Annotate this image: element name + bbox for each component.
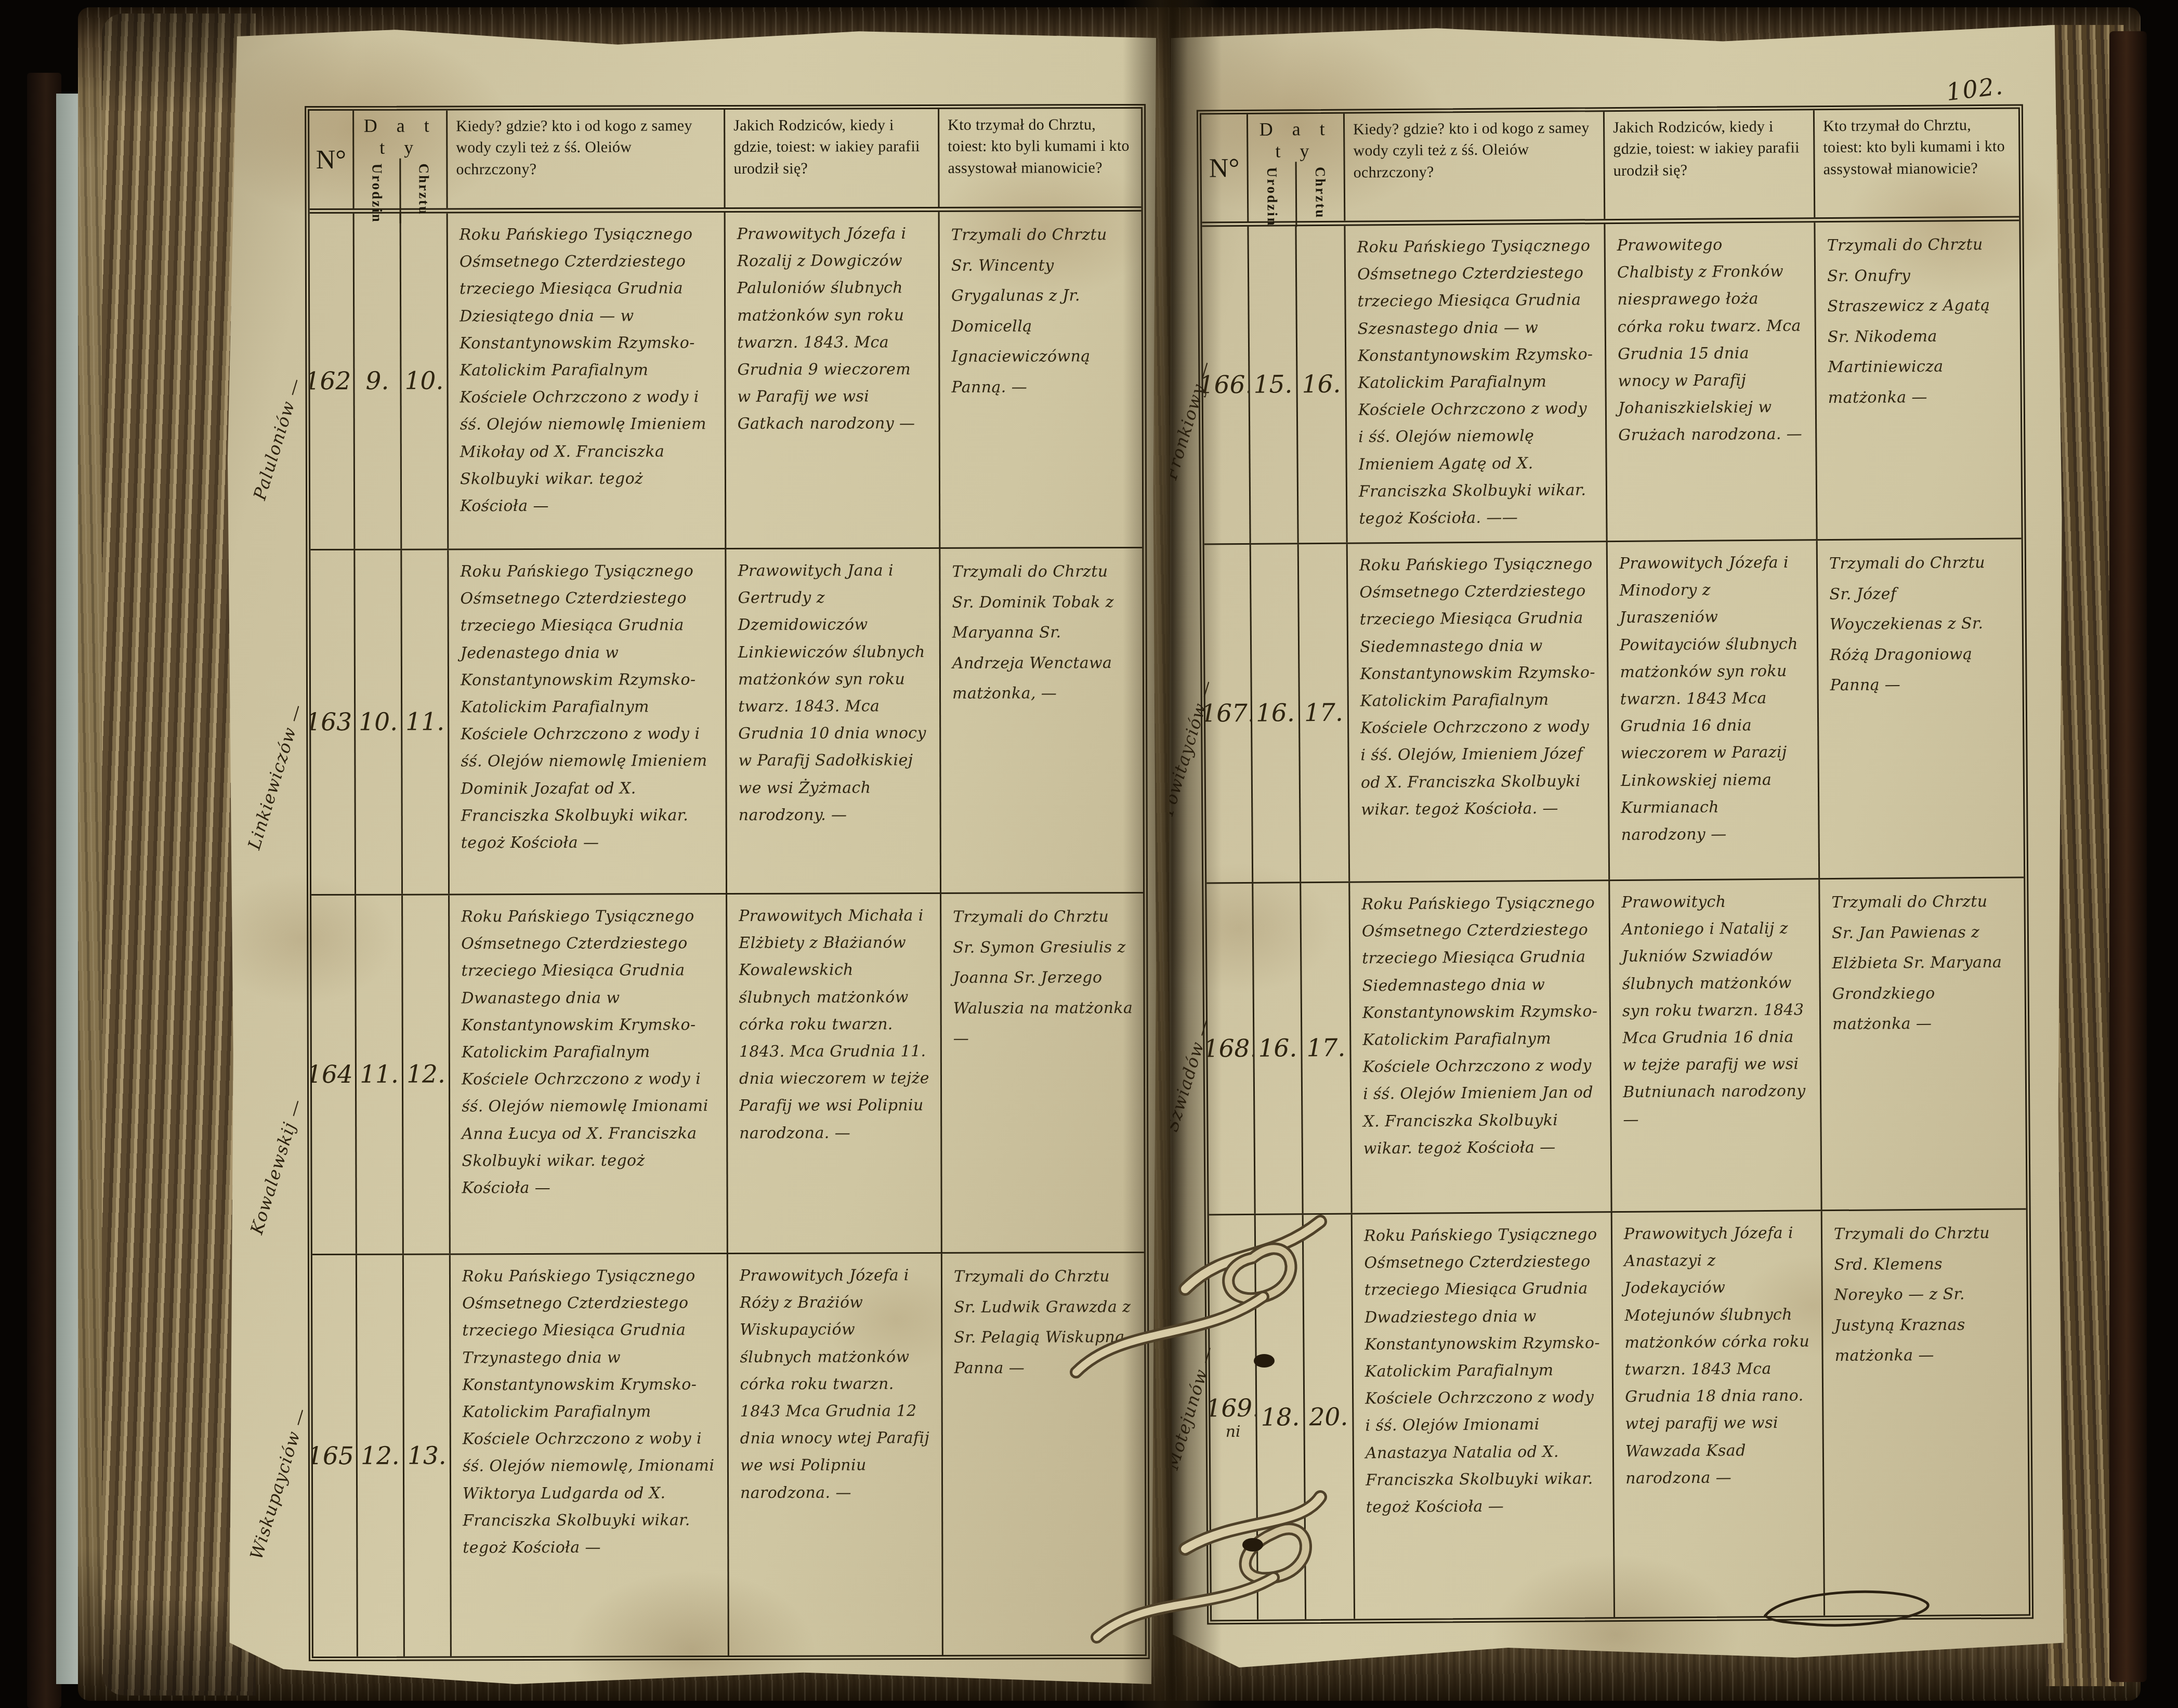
header-dates-group: D a t t y Urodzin Chrztu (354, 110, 448, 208)
godparents-record-text: Trzymali do Chrztu Sr. Dominik Tobak z M… (940, 548, 1143, 892)
godparents-record-text: Trzymali do Chrztu Sr. Wincenty Grygalun… (940, 212, 1143, 547)
baptism-day: 10. (401, 213, 449, 548)
baptism-day: 16. (1296, 226, 1347, 543)
record-row-163: 163. 10. 11. Roku Pańskiego Tysiącznego … (310, 548, 1143, 896)
parents-record-text: Prawowitego Chalbisty z Fronków niespraw… (1605, 222, 1817, 541)
table-header: N° D a t t y Urodzin Chrztu Kiedy? gdzie… (309, 109, 1142, 214)
birth-day: 10. (355, 550, 403, 894)
godparents-record-text: Trzymali do Chrztu Sr. Onufry Straszewic… (1815, 221, 2021, 540)
table-header: N° D a t t y Urodzin Chrztu Kiedy? gdzie… (1201, 109, 2019, 227)
baptism-record-text: Roku Pańskiego Tysiącznego Ośmsetnego Cz… (450, 895, 728, 1253)
record-row-162: 162. 9. 10. Roku Pańskiego Tysiącznego O… (310, 212, 1143, 550)
margin-note-village: Linkiewiczów — (244, 701, 307, 852)
record-row-165: 165. 12. 13. Roku Pańskiego Tysiącznego … (312, 1253, 1145, 1657)
register-scan: Paluloniów — Linkiewiczów — Kowalewskij … (0, 0, 2178, 1708)
header-datty-label: D a t t y (354, 110, 446, 158)
folio-number: 102. (1945, 71, 2005, 106)
record-row-164: 164. 11. 12. Roku Pańskiego Tysiącznego … (311, 894, 1144, 1255)
baptism-day: 13. (404, 1255, 452, 1656)
record-row-167: 167. 16. 17. Roku Pańskiego Tysiącznego … (1204, 540, 2024, 884)
margin-note-village: Wiskupayciów — (246, 1405, 311, 1561)
ink-flourish (1755, 1579, 1942, 1641)
header-parents-question: Jakich Rodziców, kiedy i gdzie, toiest: … (725, 109, 939, 207)
left-page: Paluloniów — Linkiewiczów — Kowalewskij … (228, 28, 1156, 1684)
baptism-day: 17. (1299, 544, 1350, 882)
header-baptism-question: Kiedy? gdzie? kto i od kogo z samey wody… (448, 110, 725, 208)
baptism-record-text: Roku Pańskiego Tysiącznego Ośmsetnego Cz… (1353, 1213, 1615, 1619)
record-number: 165. (312, 1255, 358, 1657)
godparents-record-text: Trzymali do Chrztu Sr. Józef Woyczekiena… (1818, 540, 2024, 878)
margin-note-village: Kowalewskij — (246, 1096, 307, 1237)
header-no: N° (309, 111, 354, 208)
header-godparents-question: Kto trzymał do Chrztu, toiest: kto byli … (939, 109, 1141, 207)
baptism-record-text: Roku Pańskiego Tysiącznego Ośmsetnego Cz… (1350, 881, 1612, 1213)
header-godparents-question: Kto trzymał do Chrztu, toiest: kto byli … (1815, 109, 2019, 218)
baptism-record-text: Roku Pańskiego Tysiącznego Ośmsetnego Cz… (449, 549, 727, 894)
parents-record-text: Prawowitych Antoniego i Natalij z Juknió… (1610, 879, 1822, 1211)
header-parents-question: Jakich Rodziców, kiedy i gdzie, toiest: … (1605, 110, 1815, 219)
baptism-record-text: Roku Pańskiego Tysiącznego Ośmsetnego Cz… (1348, 542, 1610, 881)
header-birth-date: Urodzin (1249, 162, 1297, 227)
binding-cord (1029, 1154, 1362, 1663)
birth-day: 15. (1249, 226, 1298, 543)
parents-record-text: Prawowitych Józefa i Róży z Brażiów Wisk… (728, 1254, 943, 1656)
baptism-record-text: Roku Pańskiego Tysiącznego Ośmsetnego Cz… (448, 213, 727, 548)
godparents-record-text: Trzymali do Chrztu Sr. Jan Pawienas z El… (1820, 878, 2026, 1210)
parents-record-text: Prawowitych Józefa i Anastazyi z Jodekay… (1612, 1211, 1825, 1617)
book-cover-right-edge (2109, 31, 2147, 1682)
parents-record-text: Prawowitych Józefa i Minodory z Juraszen… (1608, 541, 1820, 879)
header-datty-label: D a t t y (1248, 114, 1344, 162)
record-number: 163. (310, 550, 356, 894)
parents-record-text: Prawowitych Józefa i Rozalij z Dowgiczów… (726, 212, 941, 548)
record-number: 162. (310, 214, 356, 549)
baptism-record-text: Roku Pańskiego Tysiącznego Ośmsetnego Cz… (451, 1254, 729, 1656)
margin-note-village: Paluloniów — (250, 375, 306, 503)
birth-day: 12. (357, 1255, 405, 1657)
birth-day: 11. (356, 896, 404, 1254)
baptism-day: 11. (402, 550, 450, 894)
header-baptism-date: Chrztu (1297, 162, 1344, 227)
record-row-166: 166. 15. 16. Roku Pańskiego Tysiącznego … (1202, 221, 2021, 545)
baptism-record-text: Roku Pańskiego Tysiącznego Ośmsetnego Cz… (1345, 224, 1607, 542)
birth-day: 16. (1251, 544, 1302, 882)
parents-record-text: Prawowitych Jana i Gertrudy z Dzemidowic… (726, 549, 941, 893)
record-number: 164. (311, 896, 357, 1254)
header-dates-group: D a t t y Urodzin Chrztu (1248, 114, 1345, 221)
parents-record-text: Prawowitych Michała i Elżbiety z Błażian… (727, 894, 942, 1253)
register-table-left: N° D a t t y Urodzin Chrztu Kiedy? gdzie… (305, 104, 1150, 1661)
header-baptism-question: Kiedy? gdzie? kto i od kogo z samey wody… (1345, 112, 1605, 220)
godparents-record-text: Trzymali do Chrztu Srd. Klemens Noreyko … (1822, 1210, 2029, 1615)
birth-day: 9. (355, 214, 402, 549)
baptism-day: 12. (403, 895, 451, 1253)
